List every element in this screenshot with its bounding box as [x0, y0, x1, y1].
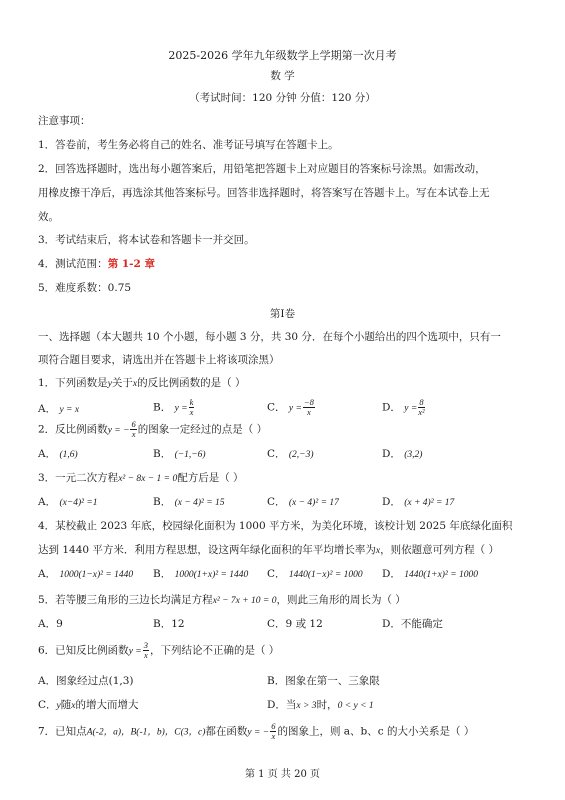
fraction: −8x [303, 398, 315, 417]
question-3-option-d: D． (x + 4)² = 17 [382, 495, 454, 510]
question-2-stem: 2．反比例函数y = −6x的图象一定经过的点是（ ） [38, 420, 267, 439]
question-3-option-c: C． (x − 4)² = 17 [267, 495, 339, 510]
question-5-stem: 5．若等腰三角形的三边长均满足方程x² − 7x + 10 = 0，则此三角形的… [38, 593, 406, 608]
fraction: 6x [270, 722, 276, 741]
question-2-option-b: B． (−1,−6) [153, 447, 206, 462]
page-number: 第 1 页 共 20 页 [0, 768, 565, 782]
exam-info: （考试时间：120 分钟 分值：120 分） [0, 91, 565, 105]
note-item-2-cont: 用橡皮擦干净后，再选涂其他答案标号。回答非选择题时，将答案写在答题卡上。写在本试… [38, 186, 490, 200]
question-4-option-c: C． 1440(1−x)² = 1000 [267, 567, 363, 582]
question-4-stem-2: 达到 1440 平方米．利用方程思想，设这两年绿化面积的年平均增长率为x，则依题… [38, 543, 499, 558]
fraction: kx [189, 398, 195, 417]
notes-heading: 注意事项： [38, 114, 91, 128]
fraction: 3x [143, 641, 149, 660]
question-6-option-c: C．y随x的增大而增大 [38, 698, 138, 713]
question-4-stem-1: 4．某校截止 2023 年底，校园绿化面积为 1000 平方米，为美化环境，该校… [38, 519, 512, 533]
question-1-option-c: C． y =−8x [267, 398, 316, 417]
question-5-option-d: D．不能确定 [382, 617, 443, 631]
question-6-option-a: A．图象经过点(1,3) [38, 674, 134, 688]
note-item-2-end: 效。 [38, 210, 59, 224]
section-intro-2: 项符合题目要求，请选出并在答题卡上将该项涂黑） [38, 353, 280, 367]
question-4-option-d: D． 1440(1+x)² = 1000 [382, 567, 478, 582]
question-5-option-c: C．9 或 12 [267, 617, 323, 631]
question-5-option-a: A．9 [38, 617, 63, 631]
question-3-stem: 3．一元二次方程x² − 8x − 1 = 0配方后是（ ） [38, 471, 244, 486]
note-item-5: 5．难度系数：0.75 [38, 281, 131, 295]
note-item-4: 4．测试范围：第 1-2 章 [38, 257, 155, 271]
question-6-option-d: D．当x > 3时，0 < y < 1 [267, 698, 374, 713]
fraction: 6x [130, 420, 136, 439]
question-1-option-a: A． y = x [38, 402, 79, 417]
subject-title: 数 学 [0, 69, 565, 83]
question-4-option-a: A． 1000(1−x)² = 1440 [38, 567, 133, 582]
question-3-option-b: B． (x − 4)² = 15 [153, 495, 225, 510]
question-1-stem: 1．下列函数是y关于x的反比例函数的是（ ） [38, 376, 245, 391]
question-6-stem: 6．已知反比例函数y =3x，下列结论不正确的是（ ） [38, 641, 279, 660]
question-5-option-b: B．12 [153, 617, 185, 631]
section-intro-1: 一、选择题（本大题共 10 个小题，每小题 3 分，共 30 分．在每个小题给出… [38, 330, 501, 344]
question-3-option-a: A． (x−4)² =1 [38, 495, 98, 510]
question-1-option-b: B． y =kx [153, 398, 195, 417]
volume-title: 第Ⅰ卷 [0, 307, 565, 321]
question-2-option-d: D． (3,2) [382, 447, 422, 462]
question-2-option-c: C． (2,−3) [267, 447, 314, 462]
exam-title: 2025-2026 学年九年级数学上学期第一次月考 [0, 49, 565, 63]
question-1-option-d: D． y =8x² [382, 398, 426, 417]
scope-value: 第 1-2 章 [108, 258, 155, 270]
question-7-stem: 7．已知点A(-2，a)，B(-1，b)，C(3，c)都在函数y = −6x的图… [38, 722, 474, 741]
question-4-option-b: B． 1000(1+x)² = 1440 [153, 567, 248, 582]
note-item-2: 2．回答选择题时，选出每小题答案后，用铅笔把答题卡上对应题目的答案标号涂黑。如需… [38, 162, 486, 176]
scope-label: 4．测试范围： [38, 258, 108, 270]
question-2-option-a: A． (1,6) [38, 447, 78, 462]
question-6-option-b: B．图象在第一、三象限 [267, 674, 380, 688]
fraction: 8x² [418, 398, 424, 417]
note-item-1: 1．答卷前，考生务必将自己的姓名、准考证号填写在答题卡上。 [38, 138, 339, 152]
note-item-3: 3．考试结束后，将本试卷和答题卡一并交回。 [38, 233, 255, 247]
